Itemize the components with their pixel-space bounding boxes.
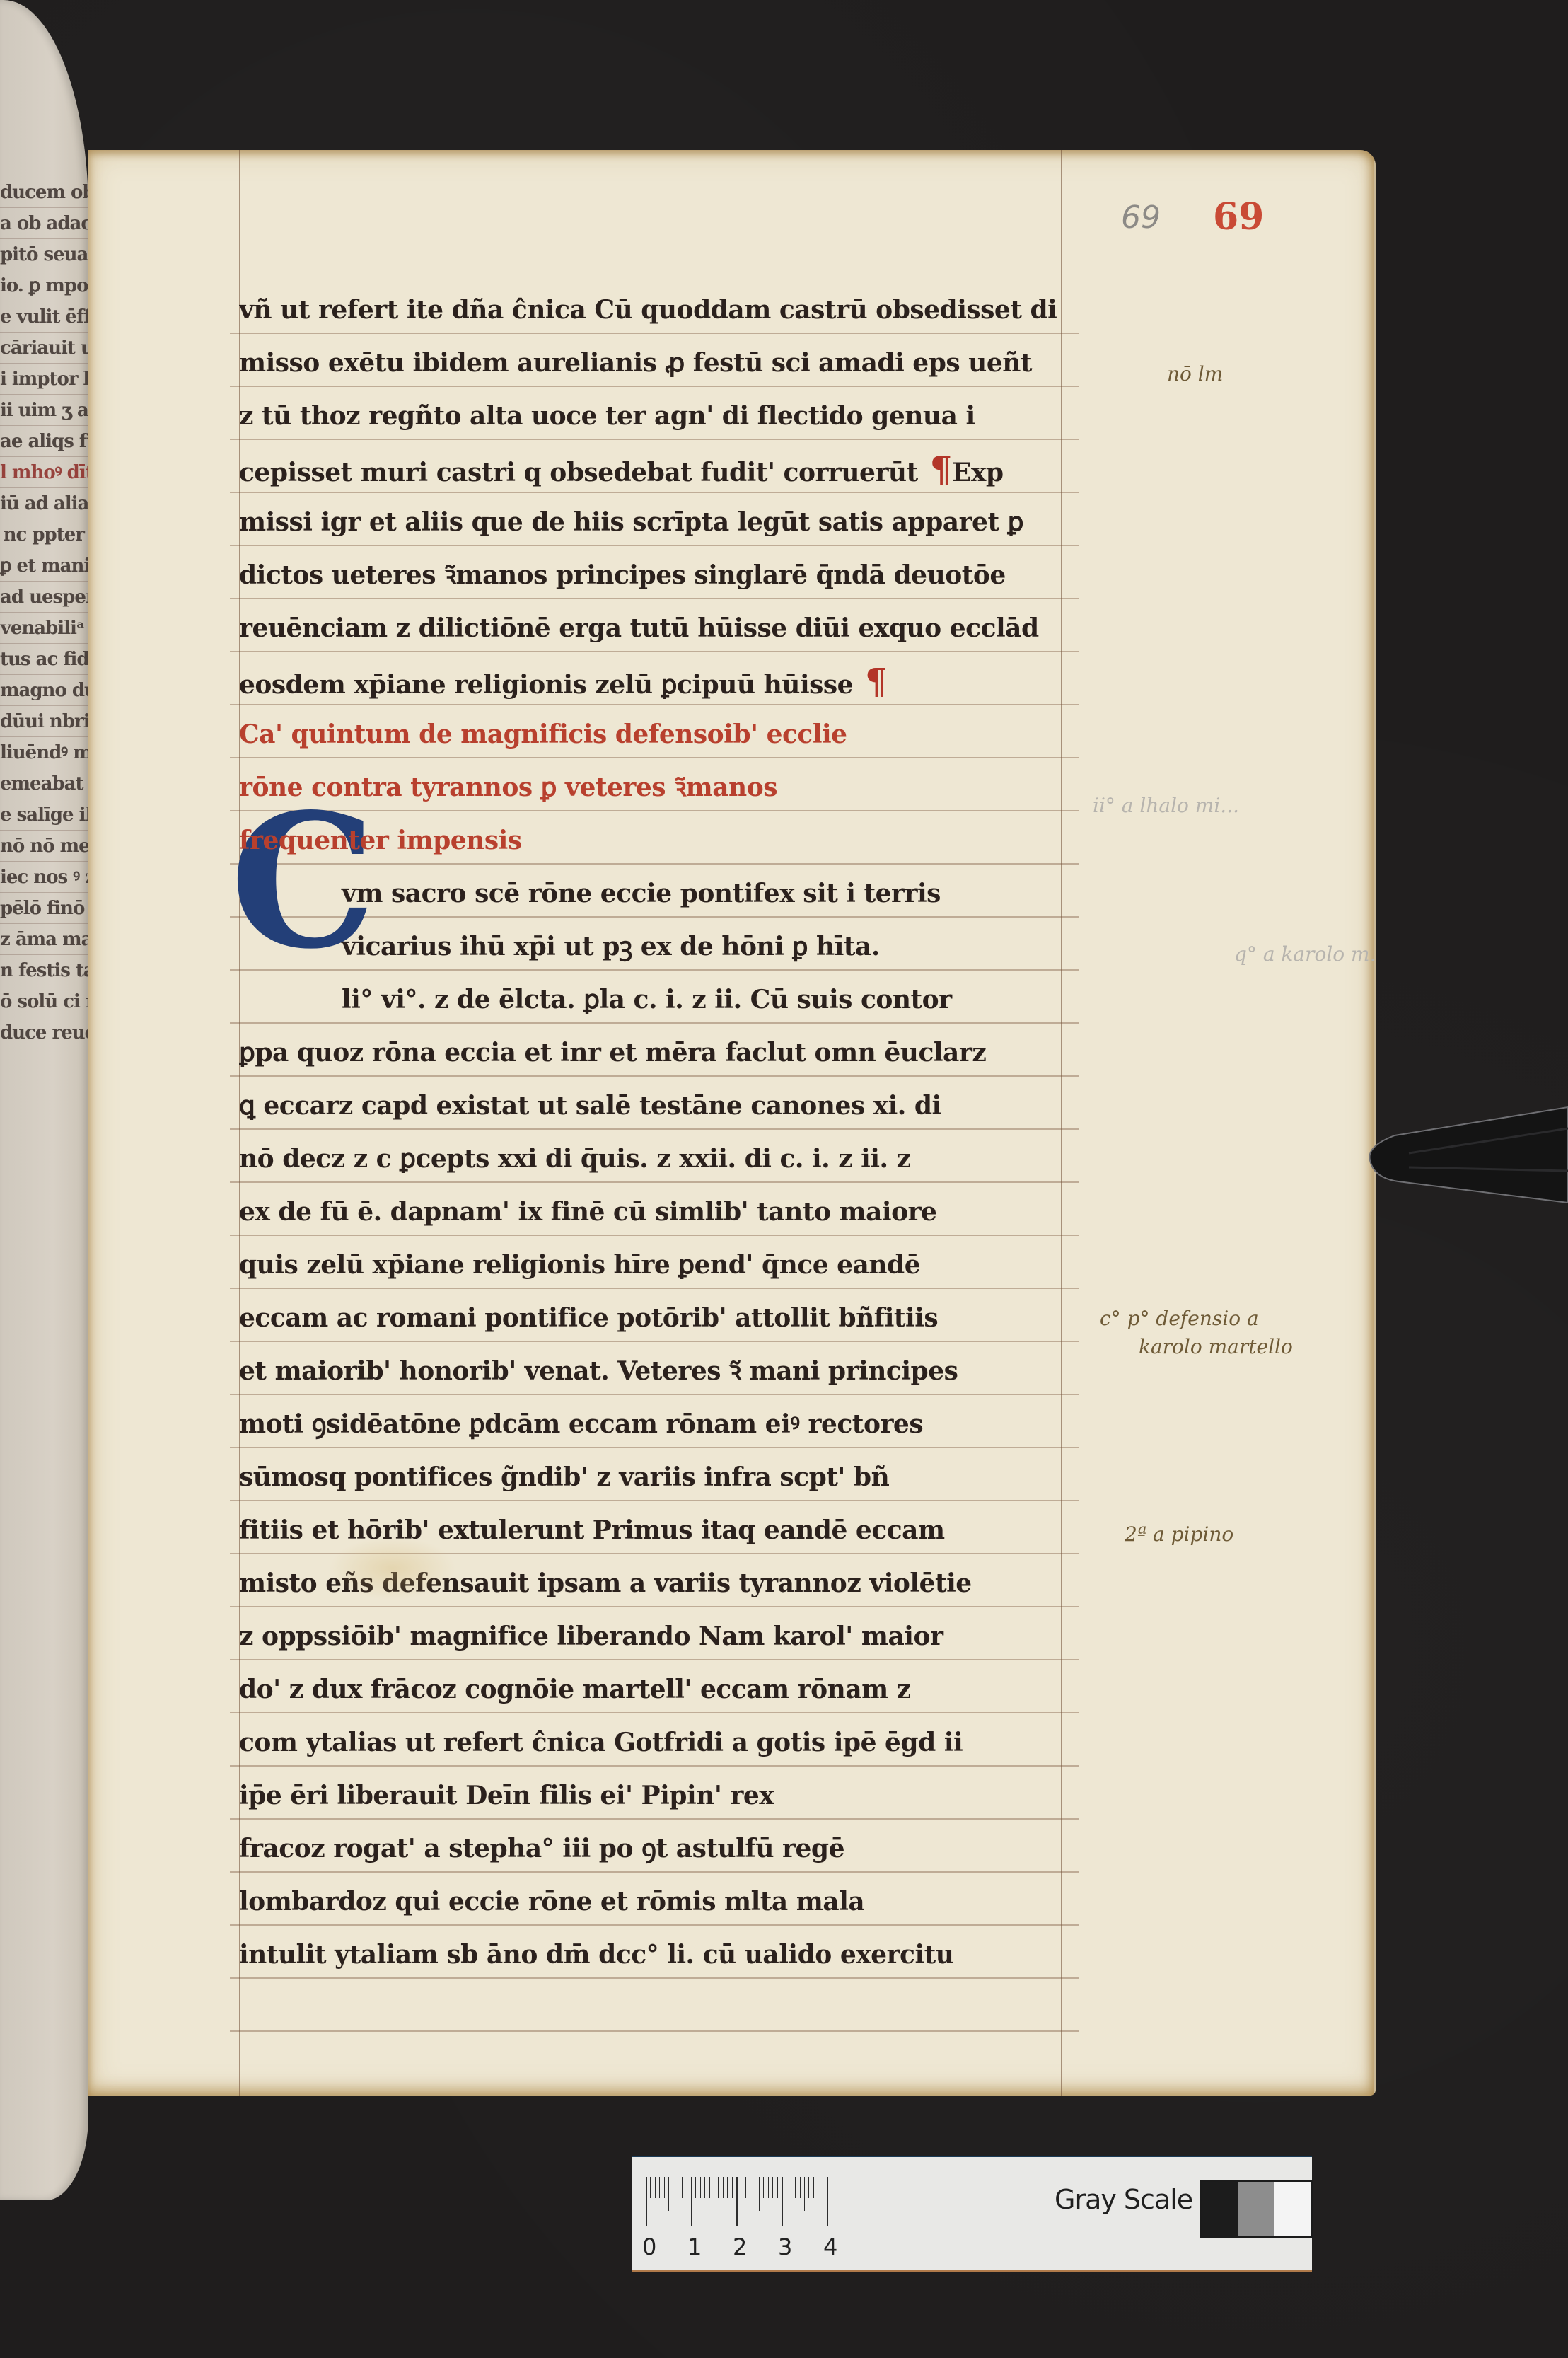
left-page-line: pēlō finō ii (0, 893, 88, 924)
ruler-tick (755, 2177, 755, 2198)
text-line: ip̄e ēri liberauit Deīn filis ei' Pipin'… (239, 1774, 1070, 1827)
left-page-line: pitō seuasi bee (0, 239, 88, 270)
text-line: z oppssiōib' magnifice liberando Nam kar… (239, 1615, 1070, 1668)
text-line: misso exētu ibidem aurelianis ꝓ festū sc… (239, 342, 1070, 395)
ruler-label-4: 4 (823, 2233, 837, 2260)
text-line: vicarius ihū xp̄i ut pꝫ ex de hōni ꝑ hīt… (239, 925, 1070, 978)
ruler-tick (800, 2177, 801, 2198)
margin-note-top: nō lm (1167, 362, 1223, 386)
text-line: vm sacro scē rōne eccie pontifex sit i t… (239, 872, 1070, 925)
text-line: missi igr et aliis que de hiis scrīpta l… (239, 501, 1070, 554)
left-page-line: magno dūc (0, 675, 88, 706)
left-page-line: n festis tali (0, 955, 88, 986)
page-clip (1366, 1086, 1568, 1210)
ruler-tick (804, 2177, 805, 2211)
ruler-tick (704, 2177, 705, 2198)
gray-scale-label: Gray Scale (1055, 2184, 1192, 2215)
ruler-tick (700, 2177, 701, 2198)
margin-note-defensio: c° p° defensio a (1100, 1307, 1259, 1330)
left-page-text: ducem obadit e quoa ob adacti ꝯtunepitō … (0, 177, 88, 1048)
gray-swatch-1 (1238, 2182, 1275, 2236)
text-line-content: eosdem xp̄iane religionis zelū ꝑcipuū hū… (239, 670, 853, 700)
ruler-tick (673, 2177, 673, 2198)
left-page-line: dūui nbri (0, 706, 88, 737)
ruler-label-2: 2 (733, 2233, 747, 2260)
text-line: lombardoz qui eccie rōne et rōmis mlta m… (239, 1880, 1070, 1934)
ruler-tick (823, 2177, 823, 2198)
text-line: reuēnciam z dilictiōnē erga tutū hūisse … (239, 607, 1070, 660)
ruler-tick (768, 2177, 769, 2198)
left-page-line: l mhoꝰ dīt (0, 457, 88, 488)
ruler-tick (646, 2177, 647, 2226)
left-page-line: duce reuer (0, 1017, 88, 1048)
ruler-tick (723, 2177, 724, 2198)
text-line: et maiorib' honorib' venat. Veteres ꝛ̃ m… (239, 1350, 1070, 1403)
ruler-tick (818, 2177, 818, 2198)
ruling-line (230, 2030, 1079, 2032)
ruler-tick (682, 2177, 683, 2198)
ruler-tick (709, 2177, 710, 2198)
ruler-tick (782, 2177, 783, 2226)
text-line: z tū thoz regñto alta uoce ter agn' di f… (239, 395, 1070, 448)
ruler-tick (650, 2177, 651, 2198)
rubric-heading-line: rōne contra tyrannos ꝑ veteres ꝛ̃manos (239, 766, 1070, 819)
ruler-label-3: 3 (778, 2233, 792, 2260)
left-page-line: ae aliqs fūs (0, 426, 88, 457)
gray-scale-swatch (1200, 2180, 1313, 2238)
pilcrow-icon: ¶ (918, 448, 952, 490)
left-page-line: a ob adacti ꝯtune (0, 208, 88, 239)
text-line: dictos ueteres ꝛ̃manos principes singlar… (239, 554, 1070, 607)
margin-note-faint: ii° a lhalo mi... (1093, 794, 1239, 817)
left-page-line: io. ꝑ mpo rcd (0, 270, 88, 301)
ruler-tick (813, 2177, 814, 2198)
ruler-tick (718, 2177, 719, 2198)
gray-swatch-2 (1274, 2182, 1311, 2236)
left-page-line: ꝑ et manis (0, 550, 88, 582)
text-line: vñ ut refert ite dña ĉnica Cū quoddam ca… (239, 289, 1070, 342)
left-page-line: iū ad alia ḟ (0, 488, 88, 519)
ruler-label-1: 1 (687, 2233, 702, 2260)
ruler-tick (750, 2177, 750, 2198)
text-line: ꝑpa quoz rōna eccia et inr et mēra faclu… (239, 1031, 1070, 1085)
text-line: quis zelū xp̄iane religionis hīre ꝑend' … (239, 1244, 1070, 1297)
gray-swatch-0 (1202, 2182, 1238, 2236)
left-page-line: liuēndꝰ mū (0, 737, 88, 768)
foliation-red: 69 (1213, 195, 1264, 238)
left-page-line: nō nō mecor (0, 831, 88, 862)
left-page-line: e salīge ilus (0, 799, 88, 831)
text-line: cepisset muri castri q obsedebat fudit' … (239, 448, 1070, 501)
text-line: ꝗ eccarz capd existat ut salē testāne ca… (239, 1085, 1070, 1138)
ruler (646, 2177, 830, 2226)
ruler-tick (791, 2177, 791, 2198)
scale-card: 0 1 2 3 4 Gray Scale (632, 2156, 1312, 2272)
rubric-heading-line: frequenter impensis (239, 819, 1070, 872)
ruler-tick (664, 2177, 665, 2198)
left-page-line: ō solū ci mo (0, 986, 88, 1017)
ruler-tick (759, 2177, 760, 2211)
ruler-tick (777, 2177, 778, 2198)
foliation-pencil: 69 (1121, 200, 1161, 236)
manuscript-folio: 69 69 nō lm ii° a lhalo mi... q° a karol… (88, 150, 1376, 2096)
ruler-tick (691, 2177, 692, 2226)
left-page-line: emeabat ipa (0, 768, 88, 799)
left-page-line: ducem obadit e quo (0, 177, 88, 208)
text-line: eosdem xp̄iane religionis zelū ꝑcipuū hū… (239, 660, 1070, 713)
left-page-line: i imptor ba (0, 364, 88, 395)
ruler-tick (741, 2177, 741, 2198)
ruler-tick (732, 2177, 733, 2198)
text-line: sūmosq pontifices g̃ndib' z variis infra… (239, 1456, 1070, 1509)
ruler-tick (745, 2177, 746, 2198)
ruler-tick (678, 2177, 678, 2198)
margin-note-second: 2ª a pipino (1125, 1522, 1233, 1546)
left-facing-page: ducem obadit e quoa ob adacti ꝯtunepitō … (0, 0, 88, 2200)
left-page-line: tus ac fide (0, 644, 88, 675)
ruler-tick (772, 2177, 773, 2198)
ruler-tick (795, 2177, 796, 2198)
left-page-line: ad uesperas (0, 582, 88, 613)
text-line: ex de fū ē. dapnam' ix finē cū simlib' t… (239, 1191, 1070, 1244)
left-page-line: venabiliᵃ (0, 613, 88, 644)
text-line: fracoz rogat' a stepha° iii po ꝯt astulf… (239, 1827, 1070, 1880)
pilcrow-icon: ¶ (853, 660, 887, 702)
text-line: moti ꝯsidēatōne ꝑdcām eccam rōnam eiꝰ re… (239, 1403, 1070, 1456)
margin-note-faint-pencil: q° a karolo m... (1234, 942, 1376, 966)
text-line: nō decz z c ꝑcepts xxi di q̄uis. z xxii.… (239, 1138, 1070, 1191)
ruler-tick (786, 2177, 786, 2198)
text-line-tail: Exp (952, 458, 1004, 487)
left-page-line: nc ppter (0, 519, 88, 550)
text-line: li° vi°. z de ēlcta. ꝑla c. i. z ii. Cū … (239, 978, 1070, 1031)
text-line: do' z dux frācoz cognōie martell' eccam … (239, 1668, 1070, 1721)
rubric-heading-line: Ca' quintum de magnificis defensoib' ecc… (239, 713, 1070, 766)
ruler-tick (736, 2177, 738, 2226)
ruler-tick (714, 2177, 714, 2211)
ruler-tick (668, 2177, 669, 2211)
left-page-line: e vulit ēffia' diuers (0, 301, 88, 333)
ruler-tick (687, 2177, 687, 2198)
text-line: eccam ac romani pontifice potōrib' attol… (239, 1297, 1070, 1350)
ruler-tick (827, 2177, 828, 2226)
margin-note-defensio-2: karolo martello (1139, 1335, 1293, 1358)
ruler-tick (695, 2177, 696, 2198)
text-line: intulit ytaliam sb āno dm̄ dcc° li. cū u… (239, 1934, 1070, 1987)
ruler-tick (659, 2177, 660, 2198)
text-line-content: cepisset muri castri q obsedebat fudit' … (239, 458, 918, 487)
left-page-line: cāriauit ut (0, 333, 88, 364)
ruler-label-0: 0 (642, 2233, 656, 2260)
ruler-tick (655, 2177, 656, 2198)
left-page-line: iec nos ꝰ z qñ (0, 862, 88, 893)
ruler-tick (727, 2177, 728, 2198)
ruler-tick (808, 2177, 809, 2198)
left-page-line: z āma mari (0, 924, 88, 955)
ruler-tick (763, 2177, 764, 2198)
left-page-line: ii uim ʒ ac (0, 395, 88, 426)
stain (329, 1537, 456, 1600)
text-line: com ytalias ut refert ĉnica Gotfridi a g… (239, 1721, 1070, 1774)
